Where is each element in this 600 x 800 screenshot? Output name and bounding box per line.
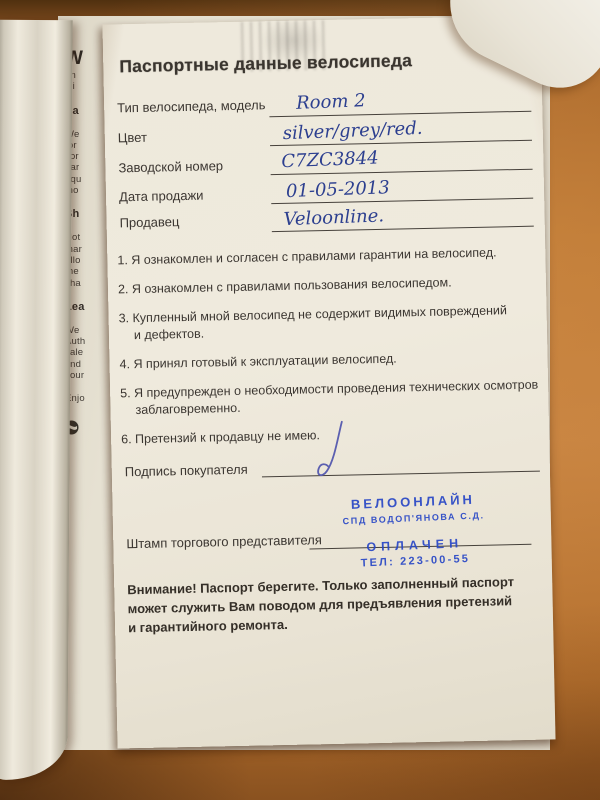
field-value-serial: C7ZC3844	[281, 141, 542, 172]
rolled-pages-left	[0, 20, 73, 781]
declaration-item: 1. Я ознакомлен и согласен с правилами г…	[117, 243, 543, 269]
declaration-item: 3. Купленный мной велосипед не содержит …	[118, 301, 545, 344]
field-label-color: Цвет	[118, 130, 147, 146]
buyer-signature-handwriting	[309, 420, 352, 483]
field-label-seller: Продавец	[119, 214, 179, 230]
declaration-item: 2. Я ознакомлен с правилами пользования …	[118, 272, 544, 298]
declaration-item: 4. Я принял готовый к эксплуатации велос…	[119, 347, 545, 373]
field-label-sale-date: Дата продажи	[119, 188, 204, 205]
dealer-stamp: ВЕЛООНЛАЙН СПД ВОДОП'ЯНОВА С.Д. ОПЛАЧЕН …	[310, 490, 519, 572]
field-label-serial: Заводской номер	[118, 158, 223, 175]
buyer-signature-line	[262, 471, 540, 478]
buyer-signature-label: Подпись покупателя	[125, 462, 248, 480]
warning-paragraph: Внимание! Паспорт берегите. Только запол…	[127, 572, 542, 638]
photo-scene: WonGiSaWeforcorparequmoShNotmarallothesh…	[0, 0, 600, 800]
dealer-stamp-label: Штамп торгового представителя	[126, 532, 322, 551]
field-value-model: Room 2	[296, 83, 557, 114]
declaration-item: 5. Я предупрежден о необходимости провед…	[120, 376, 547, 419]
passport-form-page: Паспортные данные велосипеда Тип велосип…	[102, 15, 555, 748]
page-title: Паспортные данные велосипеда	[119, 50, 412, 77]
field-label-model: Тип велосипеда, модель	[117, 97, 266, 115]
